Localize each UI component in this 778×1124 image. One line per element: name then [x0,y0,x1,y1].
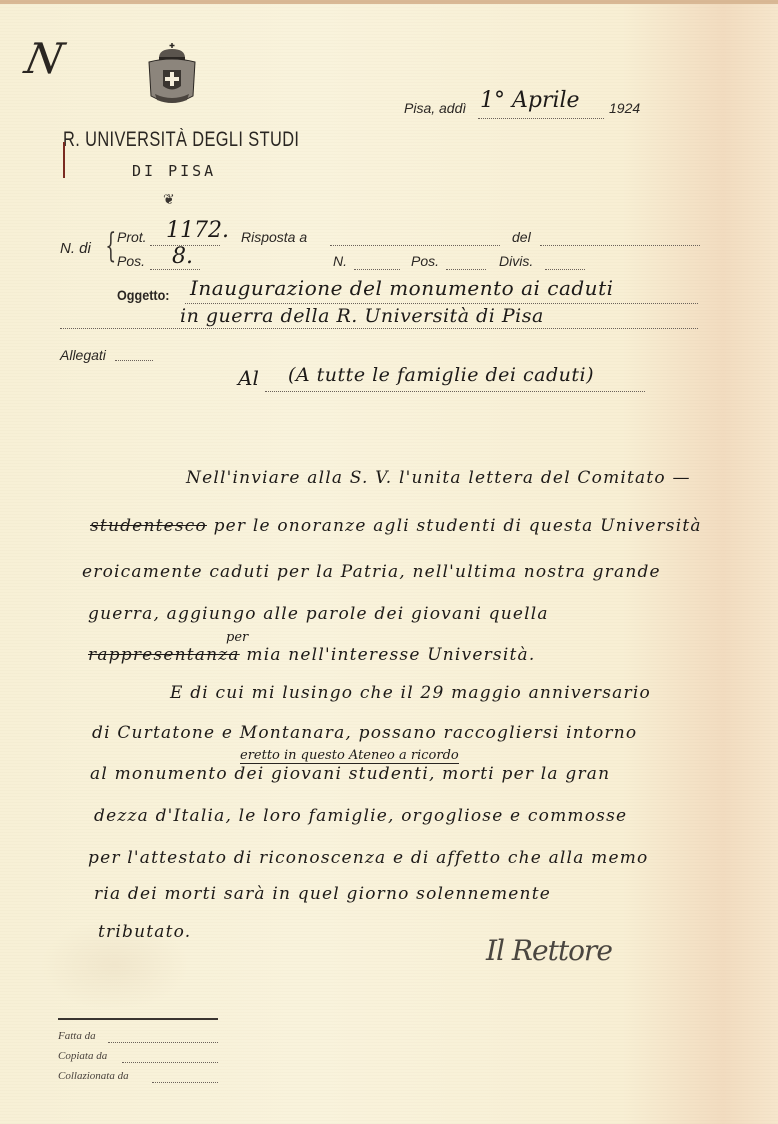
body-line-2: studentesco per le onoranze agli student… [90,516,702,536]
n-di-label: N. di [60,240,91,257]
body-line-4: guerra, aggiungo alle parole dei giovani… [88,604,549,624]
del-field[interactable] [540,245,700,246]
recipient-value: (A tutte le famiglie dei caduti) [288,364,594,386]
oggetto-line-2 [60,328,698,329]
copiata-da-field[interactable] [122,1062,218,1063]
margin-mark: N [21,34,68,83]
allegati-field[interactable] [115,360,153,361]
institution-name: R. UNIVERSITÀ DEGLI STUDI [63,128,299,152]
pos-value: 8. [172,244,193,269]
del-label: del [512,229,531,245]
body-line-6: E di cui mi lusingo che il 29 maggio ann… [170,683,651,703]
body-line-3: eroicamente caduti per la Patria, nell'u… [82,562,661,582]
body-line-9: dezza d'Italia, le loro famiglie, orgogl… [94,806,627,826]
red-pencil-mark [63,142,65,178]
body-line-11: ria dei morti sarà in quel giorno solenn… [94,884,551,904]
interlinear-insert-2: eretto in questo Ateneo a ricordo [240,748,459,764]
fatta-da-label: Fatta da [58,1030,96,1042]
fleuron-ornament-icon: ❦ [163,192,175,208]
body-line-12: tributato. [98,922,191,942]
pos-field-line [150,269,200,270]
brace-icon: { [105,226,116,266]
pos2-label: Pos. [411,253,439,269]
divis-field[interactable] [545,269,585,270]
page-top-edge [0,0,778,4]
date-field-line [478,118,604,119]
risposta-field[interactable] [330,245,500,246]
risposta-label: Risposta a [241,229,307,245]
signature-rettore: Il Rettore [486,934,612,967]
date-day-month: 1° Aprile [480,88,580,113]
collazionata-da-label: Collazionata da [58,1070,129,1082]
n-label: N. [333,253,347,269]
prot-label: Prot. [117,229,147,245]
n-field[interactable] [354,269,400,270]
oggetto-text-2: in guerra della R. Università di Pisa [180,305,544,327]
recipient-prefix: Al [238,366,259,390]
body-line-10: per l'attestato di riconoscenza e di aff… [88,848,648,868]
date-place-label: Pisa, addì [404,100,466,116]
struck-word: studentesco [90,516,207,536]
pos2-field[interactable] [446,269,486,270]
date-year: 1924 [609,100,640,116]
collazionata-da-field[interactable] [152,1082,218,1083]
interlinear-insert-per: per [226,630,248,645]
footer-rule [58,1018,218,1020]
institution-city: DI PISA [132,162,216,180]
body-line-8: al monumento dei giovani studenti, morti… [90,764,610,784]
fatta-da-field[interactable] [108,1042,218,1043]
struck-word: rappresentanza [88,645,240,665]
prot-value: 1172. [166,218,229,243]
body-line-1: Nell'inviare alla S. V. l'unita lettera … [186,468,691,488]
oggetto-line-1 [185,303,698,304]
oggetto-text-1: Inaugurazione del monumento ai caduti [190,276,614,300]
divis-label: Divis. [499,253,533,269]
body-line-5-text: mia nell'interesse Università. [246,645,535,665]
royal-crest-icon [145,42,199,110]
recipient-line [265,391,645,392]
oggetto-label: Oggetto: [117,287,169,303]
body-line-5: rappresentanza mia nell'interesse Univer… [88,645,535,665]
allegati-label: Allegati [60,347,106,363]
body-line-2-text: per le onoranze agli studenti di questa … [214,516,702,536]
pos-label: Pos. [117,253,145,269]
body-line-7: di Curtatone e Montanara, possano raccog… [92,723,637,743]
copiata-da-label: Copiata da [58,1050,107,1062]
